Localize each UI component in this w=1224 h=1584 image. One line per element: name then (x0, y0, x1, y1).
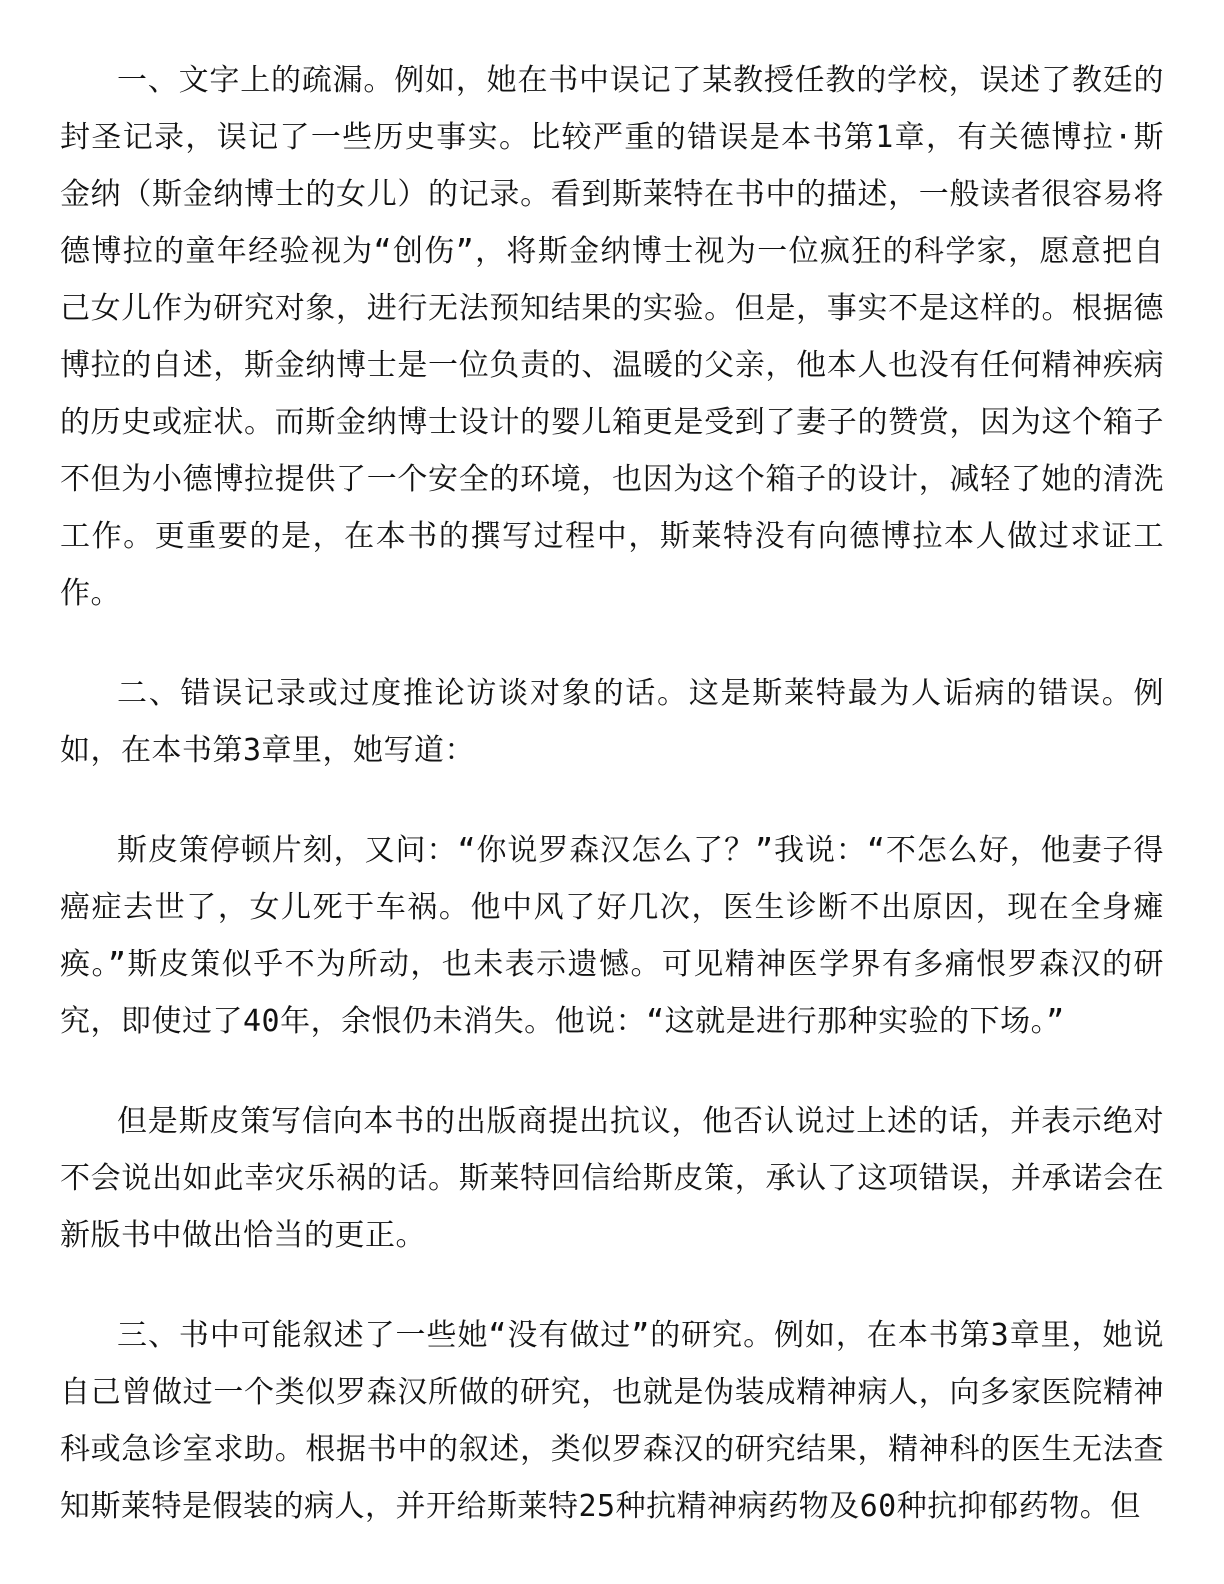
paragraph-misrecorded-interviews: 二、错误记录或过度推论访谈对象的话。这是斯莱特最为人诟病的错误。例如，在本书第3… (60, 665, 1164, 779)
paragraph-errors-in-text: 一、文字上的疏漏。例如，她在书中误记了某教授任教的学校，误述了教廷的封圣记录，误… (60, 52, 1164, 622)
paragraph-unverified-research: 三、书中可能叙述了一些她“没有做过”的研究。例如，在本书第3章里，她说自己曾做过… (60, 1307, 1164, 1535)
paragraph-spitzer-quote: 斯皮策停顿片刻，又问：“你说罗森汉怎么了？”我说：“不怎么好，他妻子得癌症去世了… (60, 822, 1164, 1050)
document-page: 一、文字上的疏漏。例如，她在书中误记了某教授任教的学校，误述了教廷的封圣记录，误… (0, 0, 1224, 1584)
paragraph-spitzer-protest: 但是斯皮策写信向本书的出版商提出抗议，他否认说过上述的话，并表示绝对不会说出如此… (60, 1093, 1164, 1264)
